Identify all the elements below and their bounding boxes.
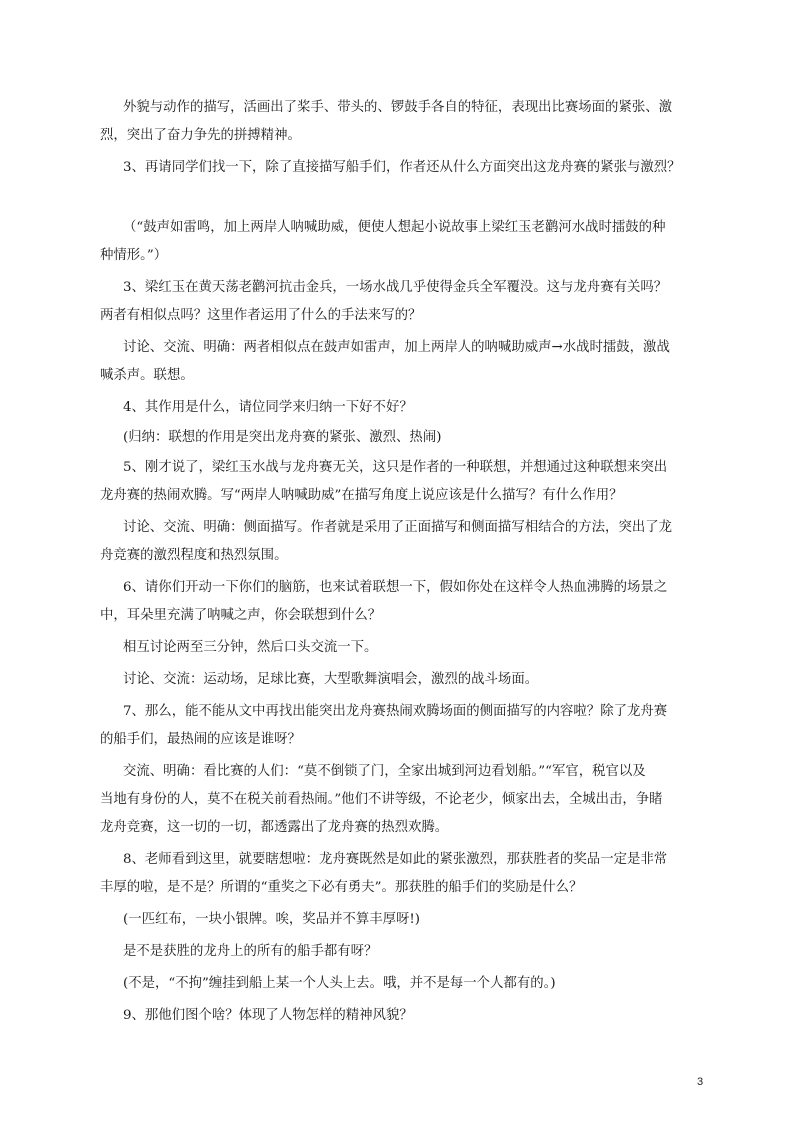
discussion-line: 讨论、交流、明确：两者相似点在鼓声如雷声，加上两岸人的呐喊助威声→水战时擂鼓，激… (123, 338, 670, 358)
question-9-line: 9、那他们图个啥？体现了人物怎样的精神风貌？ (123, 1006, 413, 1026)
discussion-line: 喊杀声。联想。 (100, 366, 194, 386)
paragraph-line: 外貌与动作的描写，活画出了桨手、带头的、锣鼓手各自的特征，表现出比赛场面的紧张、… (123, 98, 672, 118)
answer-line: 交流、明确：看比赛的人们：“莫不倒锁了门，全家出城到河边看划船。”“军官，税官以… (123, 762, 646, 782)
question-6-line: 中，耳朵里充满了呐喊之声，你会联想到什么？ (100, 606, 381, 626)
question-3-line: 3、再请同学们找一下，除了直接描写船手们，作者还从什么方面突出这龙舟赛的紧张与激… (123, 158, 681, 178)
question-3b-line: 3、梁红玉在黄天荡老鹳河抗击金兵，一场水战几乎使得金兵全军覆没。这与龙舟赛有关吗… (123, 278, 667, 298)
answer-line: 当地有身份的人，莫不在税关前看热闹。”他们不讲等级，不论老少，倾家出去，全城出击… (100, 790, 663, 810)
question-line: 是不是获胜的龙舟上的所有的船手都有呀？ (123, 942, 377, 962)
instruction-line: 相互讨论两至三分钟，然后口头交流一下。 (123, 638, 377, 658)
answer-line: （“鼓声如雷鸣，加上两岸人呐喊助威，便使人想起小说故事上梁红玉老鹳河水战时擂鼓的… (123, 218, 665, 238)
question-3b-line: 两者有相似点吗？这里作者运用了什么的手法来写的？ (100, 306, 421, 326)
question-5-line: 5、刚才说了，梁红玉水战与龙舟赛无关，这只是作者的一种联想，并想通过这种联想来突… (123, 458, 667, 478)
paragraph-line: 烈，突出了奋力争先的拼搏精神。 (100, 126, 301, 146)
question-5-line: 龙舟赛的热闹欢腾。写“两岸人呐喊助威”在描写角度上说应该是什么描写？有什么作用？ (100, 486, 623, 506)
question-7-line: 7、那么，能不能从文中再找出能突出龙舟赛热闹欢腾场面的侧面描写的内容啦？除了龙舟… (123, 702, 667, 722)
question-7-line: 的船手们，最热闹的应该是谁呀？ (100, 730, 301, 750)
answer-line: 龙舟竞赛，这一切的一切，都透露出了龙舟赛的热烈欢腾。 (100, 818, 448, 838)
question-4-line: 4、其作用是什么，请位同学来归纳一下好不好？ (123, 398, 413, 418)
question-6-line: 6、请你们开动一下你们的脑筋，也来试着联想一下，假如你处在这样令人热血沸腾的场景… (123, 578, 667, 598)
discussion-line: 讨论、交流：运动场，足球比赛，大型歌舞演唱会，激烈的战斗场面。 (123, 670, 538, 690)
question-8-line: 丰厚的啦，是不是？所谓的“重奖之下必有勇夫”。那获胜的船手们的奖励是什么？ (100, 878, 582, 898)
discussion-line: 讨论、交流、明确：侧面描写。作者就是采用了正面描写和侧面描写相结合的方法，突出了… (123, 518, 672, 538)
answer-line: 种情形。”） (100, 246, 167, 266)
question-8-line: 8、老师看到这里，就要瞎想啦：龙舟赛既然是如此的紧张激烈，那获胜者的奖品一定是非… (123, 850, 667, 870)
summary-line: (归纳：联想的作用是突出龙舟赛的紧张、激烈、热闹) (123, 428, 441, 448)
answer-line: (一匹红布，一块小银牌。唉，奖品并不算丰厚呀!) (123, 910, 420, 930)
discussion-line: 舟竞赛的激烈程度和热烈氛围。 (100, 546, 287, 566)
answer-line: (不是，“不拘”缠挂到船上某一个人头上去。哦，并不是每一个人都有的。) (123, 974, 556, 994)
document-page: 外貌与动作的描写，活画出了桨手、带头的、锣鼓手各自的特征，表现出比赛场面的紧张、… (0, 0, 800, 1132)
page-number: 3 (697, 1076, 703, 1088)
